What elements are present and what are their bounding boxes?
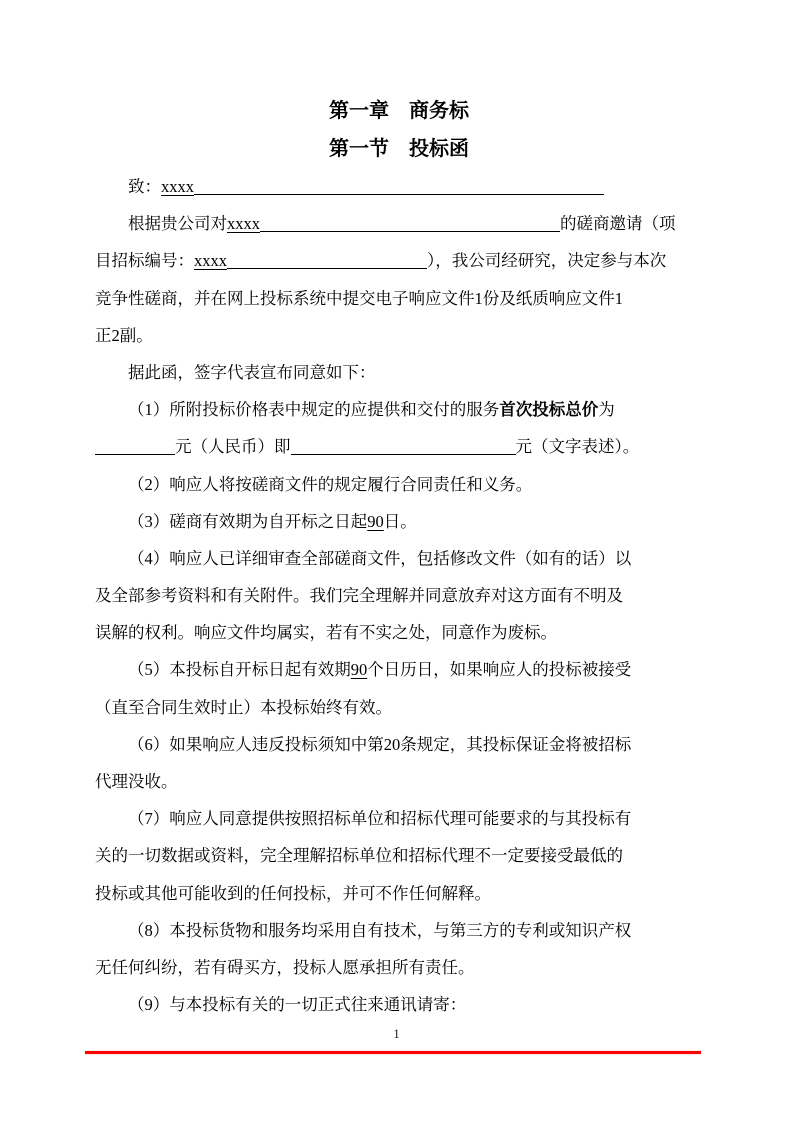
doc-line: （9）与本投标有关的一切正式往来通讯请寄： [95, 986, 703, 1023]
text-segment: 首次投标总价 [499, 400, 598, 419]
text-segment: （7）响应人同意提供按照招标单位和招标代理可能要求的与其投标有 [128, 809, 631, 828]
doc-line: 目招标编号：xxxx），我公司经研究，决定参与本次 [95, 242, 703, 279]
text-segment: （1）所附投标价格表中规定的应提供和交付的服务 [128, 400, 499, 419]
text-segment: 为 [598, 400, 615, 419]
doc-line: 及全部参考资料和有关附件。我们完全理解并同意放弃对这方面有不明及 [95, 577, 703, 614]
blank-field [194, 178, 604, 196]
doc-line: 投标或其他可能收到的任何投标，并可不作任何解释。 [95, 875, 703, 912]
text-segment: xxxx [194, 251, 227, 270]
text-segment: 无任何纠纷，若有碍买方，投标人愿承担所有责任。 [95, 958, 475, 977]
doc-line: （6）如果响应人违反投标须知中第20条规定，其投标保证金将被招标 [95, 726, 703, 763]
doc-line: 正2副。 [95, 317, 703, 354]
text-segment: 目招标编号： [95, 251, 194, 270]
doc-line: 致：xxxx [95, 168, 703, 205]
doc-line: 代理没收。 [95, 763, 703, 800]
text-segment: （6）如果响应人违反投标须知中第20条规定，其投标保证金将被招标 [128, 735, 631, 754]
text-segment: 根据贵公司对 [128, 214, 227, 233]
text-segment: 90 [367, 512, 384, 531]
blank-field [227, 252, 427, 270]
text-segment: 90 [351, 660, 368, 679]
doc-line: （直至合同生效时止）本投标始终有效。 [95, 689, 703, 726]
text-segment: 代理没收。 [95, 772, 178, 791]
text-segment: （2）响应人将按磋商文件的规定履行合同责任和义务。 [128, 475, 532, 494]
text-segment: 致： [128, 177, 161, 196]
doc-line: 无任何纠纷，若有碍买方，投标人愿承担所有责任。 [95, 949, 703, 986]
doc-line: （1）所附投标价格表中规定的应提供和交付的服务首次投标总价为 [95, 391, 703, 428]
text-segment: 及全部参考资料和有关附件。我们完全理解并同意放弃对这方面有不明及 [95, 586, 623, 605]
text-segment: 竞争性磋商，并在网上投标系统中提交电子响应文件1份及纸质响应文件1 [95, 289, 623, 308]
doc-line: 据此函，签字代表宣布同意如下： [95, 354, 703, 391]
doc-line: （2）响应人将按磋商文件的规定履行合同责任和义务。 [95, 466, 703, 503]
doc-line: 竞争性磋商，并在网上投标系统中提交电子响应文件1份及纸质响应文件1 [95, 280, 703, 317]
text-segment: 正2副。 [95, 326, 153, 345]
text-segment: （3）磋商有效期为自开标之日起 [128, 512, 367, 531]
text-segment: 个日历日，如果响应人的投标被接受 [367, 660, 631, 679]
text-segment: 日。 [384, 512, 417, 531]
page-number: 1 [0, 1024, 793, 1044]
doc-line: 元（人民币）即元（文字表述）。 [95, 428, 703, 465]
doc-line: （4）响应人已详细审查全部磋商文件，包括修改文件（如有的话）以 [95, 540, 703, 577]
text-segment: 关的一切数据或资料，完全理解招标单位和招标代理不一定要接受最低的 [95, 846, 623, 865]
text-segment: 误解的权利。响应文件均属实，若有不实之处，同意作为废标。 [95, 623, 557, 642]
text-segment: 的磋商邀请（项 [560, 214, 676, 233]
text-segment: （5）本投标自开标日起有效期 [128, 660, 351, 679]
doc-line: 误解的权利。响应文件均属实，若有不实之处，同意作为废标。 [95, 614, 703, 651]
text-segment: 元（人民币）即 [175, 437, 291, 456]
text-segment: 据此函，签字代表宣布同意如下： [128, 363, 376, 382]
text-segment: ），我公司经研究，决定参与本次 [427, 251, 666, 270]
text-segment: xxxx [161, 177, 194, 196]
doc-line: 关的一切数据或资料，完全理解招标单位和招标代理不一定要接受最低的 [95, 837, 703, 874]
text-segment: （8）本投标货物和服务均采用自有技术，与第三方的专利或知识产权 [128, 921, 631, 940]
doc-line: （8）本投标货物和服务均采用自有技术，与第三方的专利或知识产权 [95, 912, 703, 949]
text-segment: （9）与本投标有关的一切正式往来通讯请寄： [128, 995, 466, 1014]
document-page: 第一章 商务标 第一节 投标函 致：xxxx根据贵公司对xxxx的磋商邀请（项目… [0, 0, 793, 1122]
footer-rule [85, 1051, 701, 1054]
text-segment: （直至合同生效时止）本投标始终有效。 [95, 698, 392, 717]
blank-field [260, 215, 560, 233]
text-segment: （4）响应人已详细审查全部磋商文件，包括修改文件（如有的话）以 [128, 549, 631, 568]
doc-line: （3）磋商有效期为自开标之日起90日。 [95, 503, 703, 540]
doc-line: 根据贵公司对xxxx的磋商邀请（项 [95, 205, 703, 242]
doc-lines: 致：xxxx根据贵公司对xxxx的磋商邀请（项目招标编号：xxxx），我公司经研… [95, 168, 703, 1023]
doc-line: （5）本投标自开标日起有效期90个日历日，如果响应人的投标被接受 [95, 651, 703, 688]
blank-field [291, 438, 516, 456]
text-segment: 元（文字表述）。 [516, 437, 640, 456]
section-title: 第一节 投标函 [95, 130, 703, 168]
chapter-title: 第一章 商务标 [95, 92, 703, 130]
doc-line: （7）响应人同意提供按照招标单位和招标代理可能要求的与其投标有 [95, 800, 703, 837]
document-body: 第一章 商务标 第一节 投标函 致：xxxx根据贵公司对xxxx的磋商邀请（项目… [95, 92, 703, 1023]
text-segment: 投标或其他可能收到的任何投标，并可不作任何解释。 [95, 884, 491, 903]
blank-field [95, 438, 175, 456]
text-segment: xxxx [227, 214, 260, 233]
